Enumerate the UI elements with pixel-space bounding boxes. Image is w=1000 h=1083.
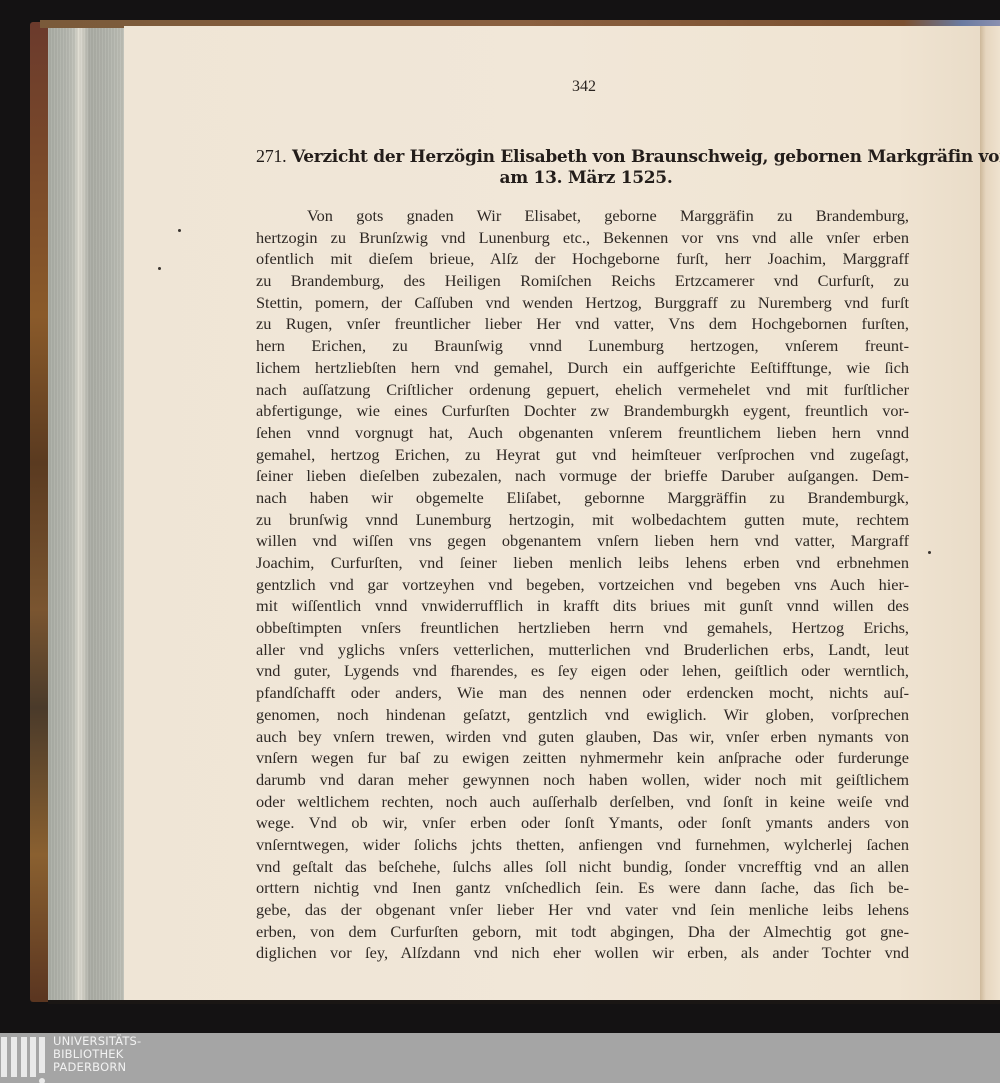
body-line: mit wiſſentlich vnnd vnwiderrufflich in …: [256, 595, 909, 617]
body-line: willen vnd wiſſen vns gegen obgenantem v…: [256, 530, 909, 552]
body-line: nach haben wir obgemelte Eliſabet, gebor…: [256, 487, 909, 509]
body-line: Von gots gnaden Wir Elisabet, geborne Ma…: [256, 205, 909, 227]
library-footer-bar: UNIVERSITÄTS- BIBLIOTHEK PADERBORN: [0, 1033, 1000, 1083]
document-heading: 271. Verzicht der Herzögin Elisabeth von…: [256, 146, 916, 189]
body-line: ſeiner lieben dieſelben zubezalen, nach …: [256, 465, 909, 487]
body-line: darumb vnd daran meher gewynnen noch hab…: [256, 769, 909, 791]
library-logo-text: UNIVERSITÄTS- BIBLIOTHEK PADERBORN: [53, 1035, 141, 1074]
body-line: zu brunſwig vnnd Lunemburg hertzogin, mi…: [256, 509, 909, 531]
paper-speck: [178, 229, 181, 232]
body-line: abfertigunge, wie eines Curfurſten Docht…: [256, 400, 909, 422]
body-line: genomen, noch hindenan geſatzt, gentzlic…: [256, 704, 909, 726]
paper-speck: [928, 551, 931, 554]
document-number: 271.: [256, 146, 286, 166]
logo-line-3: PADERBORN: [53, 1061, 141, 1074]
book-scan: 342 271. Verzicht der Herzögin Elisabeth…: [0, 0, 1000, 1033]
body-line: hertzogin zu Brunſzwig vnd Lunenburg etc…: [256, 227, 909, 249]
body-line: ſehen vnnd vorgnugt hat, Auch obgenanten…: [256, 422, 909, 444]
book-gutter: [980, 26, 1000, 1002]
heading-title: Verzicht der Herzögin Elisabeth von Brau…: [292, 147, 1000, 167]
heading-date: am 13. März 1525.: [256, 168, 916, 189]
body-line: vnſern wegen fur baſ zu ewigen zeitten n…: [256, 747, 909, 769]
body-line: hern Erichen, zu Braunſwig vnnd Lunembur…: [256, 335, 909, 357]
body-line: auch bey vnſern trewen, wirden vnd guten…: [256, 726, 909, 748]
body-line: pfandſchafft oder anders, Wie man des ne…: [256, 682, 909, 704]
paper-speck: [158, 267, 161, 270]
body-line: gemahel, hertzog Erichen, zu Heyrat gut …: [256, 444, 909, 466]
body-line: vnd guter, Lygends vnd fharendes, es ſey…: [256, 660, 909, 682]
body-line: nach auſſatzung Criſtlicher ordenung gep…: [256, 379, 909, 401]
body-line: zu Rugen, vnſer freuntlicher lieber Her …: [256, 313, 909, 335]
library-bars-logo-icon: [0, 1035, 50, 1081]
page-stack-edges: [48, 28, 124, 1000]
body-line: zu Brandemburg, des Heiligen Romiſchen R…: [256, 270, 909, 292]
body-line: diglichen vor ſey, Alſzdann vnd nich ehe…: [256, 942, 909, 964]
body-line: gentzlich vnd gar vortzeyhen vnd begeben…: [256, 574, 909, 596]
body-line: obbeſtimpten vnſers freuntlichen hertzli…: [256, 617, 909, 639]
heading-line-1: 271. Verzicht der Herzögin Elisabeth von…: [256, 146, 916, 168]
body-line: erben, von dem Curfurſten geborn, mit to…: [256, 921, 909, 943]
body-line: wege. Vnd ob wir, vnſer erben oder ſonſt…: [256, 812, 909, 834]
body-line: vnſerntwegen, wider ſolichs jchts thette…: [256, 834, 909, 856]
body-line: aller vnd yglichs vnſers vetterlichen, m…: [256, 639, 909, 661]
body-line: gebe, das der obgenant vnſer lieber Her …: [256, 899, 909, 921]
body-line: ofentlich mit dieſem brieue, Alſz der Ho…: [256, 248, 909, 270]
body-line: Joachim, Curfurſten, vnd ſeiner lieben m…: [256, 552, 909, 574]
body-line: lichem hertzliebſten hern vnd gemahel, D…: [256, 357, 909, 379]
page-number: 342: [554, 78, 614, 96]
body-line: Stettin, pomern, der Caſſuben vnd wenden…: [256, 292, 909, 314]
body-line: vnd geſtalt das beſchehe, ſulchs alles ſ…: [256, 856, 909, 878]
body-line: oder weltlichem rechten, noch auch auſſe…: [256, 791, 909, 813]
body-line: orttern nichtig vnd Inen gantz vnſchedli…: [256, 877, 909, 899]
document-body: Von gots gnaden Wir Elisabet, geborne Ma…: [256, 205, 909, 964]
page-bottom-shadow: [48, 1000, 1000, 1004]
